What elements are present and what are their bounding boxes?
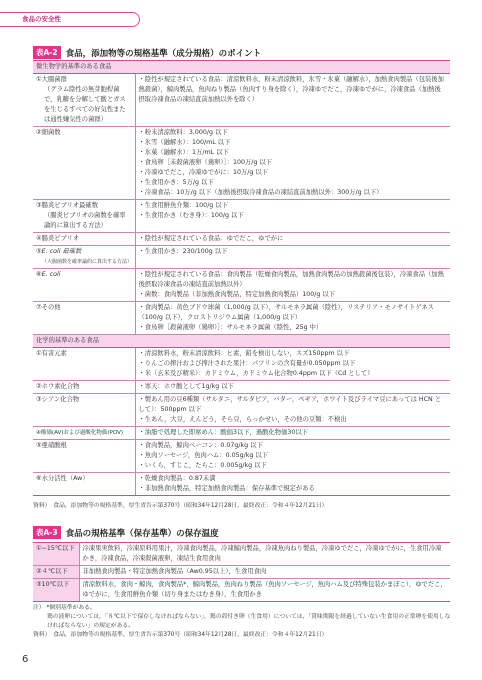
row-item: ・寒天：ホウ酸として1g/kg 以下 [135, 381, 450, 394]
row-item: ・清涼飲料水，粉末清涼飲料：ヒ素，鉛を検出しない，スズ150ppm 以下 [139, 349, 448, 359]
row-item: ・粉末清涼飲料：3,000/g 以下 [139, 128, 448, 138]
row-item: ・陰性が規定されている食品：食肉製品（乾燥食肉製品，加熱食肉製品の加熱殺菌後包装… [139, 270, 448, 290]
row-item: ・油脂で処理した即席めん：酸価3以下，過酸化物価30以下 [135, 427, 450, 440]
note-label: 注） [33, 605, 45, 611]
row-item: ・食肉製品：黄色ブドウ球菌（1,000/g 以下），サルモネラ属菌（陰性），リス… [139, 303, 448, 323]
table-row: ②細菌数 ・粉末清涼飲料：3,000/g 以下 ・氷雪（融解水）：100/mL … [33, 127, 450, 200]
table-row: ⑤亜硝酸根 ・食肉製品，鯨肉ベーコン：0.07g/kg 以下 ・魚肉ソーセージ，… [33, 440, 450, 473]
row-item: ・乾燥食肉製品：0.87未満 [139, 474, 448, 484]
row-item: ・生食用かき：5万/g 以下 [139, 178, 448, 188]
row-item: ・冷凍食品：10万/g 以下（加熱後摂取冷凍食品の凍結直前加熱以外：300万/g… [139, 188, 448, 198]
chapter-tab: 食品の安全性 [0, 12, 140, 27]
row-item: ・陰性が規定されている食品：清涼飲料水，粉末清涼飲料，氷雪・氷菓（融解水），加熱… [139, 76, 444, 103]
row-item: ・米（玄米及び精米）：カドミウム，カドミウム化合物0.4ppm 以下（Cd とし… [139, 369, 448, 379]
row-item: ・食鳥卵［殺菌液卵（鶏卵）］：サルモネラ属菌（陰性，25g 中） [139, 323, 448, 333]
row-sub: （大腸菌数を確率論的に算出する方法） [36, 257, 132, 267]
table-row: ④酸価(AV)および過酸化物価(POV) ・油脂で処理した即席めん：酸価3以下，… [33, 427, 450, 440]
row-item: ・陰性が規定されている食品：ゆでだこ，ゆでがに [135, 233, 450, 246]
row-item: ・冷凍ゆでだこ，冷凍ゆでがに：10万/g 以下 [139, 168, 448, 178]
row-item: ・生食用かき（むき身）：100/g 以下 [139, 211, 448, 221]
row-item: ・生食用かき：230/100g 以下 [135, 246, 450, 269]
table-a3-notes: 注） *個別基準がある。 鶏の液卵については，「８℃以下で保存しなければならない… [33, 604, 453, 640]
foods-cell: 清涼飲料水，食肉・鯨肉，食肉製品*，鯨肉製品，魚肉ねり製品（魚肉ソーセージ，魚肉… [79, 579, 450, 602]
row-item: ・生食用鮮魚介類：100/g 以下 [139, 201, 448, 211]
row-name: ⑦その他 [33, 302, 135, 335]
row-item: ・食鳥卵［未殺菌液卵（鶏卵）］：100万/g 以下 [139, 158, 448, 168]
table-row: ①大腸菌群（グラム陰性の無芽胞桿菌で，乳糖を分解して酸とガスを生じるすべての好気… [33, 74, 450, 127]
row-name: ②細菌数 [33, 127, 135, 200]
temp-cell: ①−15℃以下 [33, 543, 79, 566]
table-a3-badge: 表A-3 [33, 526, 61, 539]
table-a3: ①−15℃以下 冷凍果実飲料，冷凍原料用果汁，冷凍食肉製品，冷凍鯨肉製品，冷凍魚… [33, 542, 450, 602]
temp-cell: ②４℃以下 [33, 566, 79, 579]
page-number: 6 [22, 654, 28, 665]
table-a2-heading: 食品，添加物等の規格基準（成分規格）のポイント [66, 47, 262, 59]
row-item: ・食肉製品，鯨肉ベーコン：0.07g/kg 以下 [139, 441, 448, 451]
table-row: ④腸炎ビブリオ ・陰性が規定されている食品：ゆでだこ，ゆでがに [33, 233, 450, 246]
table-a2-source: 資料） 食品，添加物等の規格基準，厚生省告示第370号（昭和34年12月28日，… [33, 502, 453, 511]
table-a3-heading: 食品の規格基準（保存基準）の保存温度 [66, 527, 219, 539]
row-item: ・氷雪（融解水）：100/mL 以下 [139, 138, 448, 148]
section-microbial: 微生物学的基準のある食品 [33, 61, 450, 74]
row-name: ①大腸菌群 [36, 76, 67, 83]
table-a2-title: 表A-2 食品，添加物等の規格基準（成分規格）のポイント [33, 46, 261, 59]
row-sub: （腸炎ビブリオの菌数を確率論的に算出する方法） [36, 211, 132, 231]
note-1: *個別基準がある。 [46, 605, 95, 611]
table-row: ①有害元素 ・清涼飲料水，粉末清涼飲料：ヒ素，鉛を検出しない，スズ150ppm … [33, 348, 450, 381]
foods-cell: 冷凍果実飲料，冷凍原料用果汁，冷凍食肉製品，冷凍鯨肉製品，冷凍魚肉ねり製品，冷凍… [79, 543, 450, 566]
table-a2: 微生物学的基準のある食品 ①大腸菌群（グラム陰性の無芽胞桿菌で，乳糖を分解して酸… [33, 60, 450, 496]
row-name: ⑥水分活性（Aw） [33, 473, 135, 496]
table-row: ②４℃以下 非加熱食肉製品・特定加熱食肉製品（Aw0.95以上），生食用食肉 [33, 566, 450, 579]
table-a3-title: 表A-3 食品の規格基準（保存基準）の保存温度 [33, 526, 219, 539]
row-item: ・菌数：食肉製品（非加熱食肉製品，特定加熱食肉製品）100/g 以下 [139, 290, 448, 300]
row-item: ・製あん用の豆6種類（サルタニ，サルタピア，バター，ペギア，ホワイト及びライマ豆… [139, 395, 448, 415]
table-row: ⑥E. coli ・陰性が規定されている食品：食肉製品（乾燥食肉製品，加熱食肉製… [33, 269, 450, 302]
note-2: 鶏の液卵については，「８℃以下で保存しなければならない」，鶏の殻付き卵（生食用）… [33, 613, 453, 631]
row-name: ⑤亜硝酸根 [33, 440, 135, 473]
row-name: ④腸炎ビブリオ [33, 233, 135, 246]
table-row: ②ホウ素化合物 ・寒天：ホウ酸として1g/kg 以下 [33, 381, 450, 394]
temp-cell: ③10℃以下 [33, 579, 79, 602]
row-item: ・非加熱食肉製品，特定加熱食肉製品：保存基準で規定がある [139, 484, 448, 494]
row-item: ・魚肉ソーセージ，魚肉ハム：0.05g/kg 以下 [139, 451, 448, 461]
row-item: ・氷菓（融解水）：1万/mL 以下 [139, 148, 448, 158]
row-item: ・いくら，すじこ，たらこ：0.005g/kg 以下 [139, 461, 448, 471]
table-row: ⑦その他 ・食肉製品：黄色ブドウ球菌（1,000/g 以下），サルモネラ属菌（陰… [33, 302, 450, 335]
row-item: ・生あん，大豆，えんどう，そら豆，らっかせい，その他の豆類：不検出 [139, 415, 448, 425]
table-row: ⑤E. coli 最確数（大腸菌数を確率論的に算出する方法） ・生食用かき：23… [33, 246, 450, 269]
table-row: ⑥水分活性（Aw） ・乾燥食肉製品：0.87未満 ・非加熱食肉製品，特定加熱食肉… [33, 473, 450, 496]
row-name: ⑤E. coli 最確数 [36, 248, 81, 255]
row-name: ②ホウ素化合物 [33, 381, 135, 394]
row-item: ・りんごの搾汁および搾汁された果汁：パツリンの含有量が0.050ppm 以下 [139, 359, 448, 369]
foods-cell: 非加熱食肉製品・特定加熱食肉製品（Aw0.95以上），生食用食肉 [79, 566, 450, 579]
table-row: ③10℃以下 清涼飲料水，食肉・鯨肉，食肉製品*，鯨肉製品，魚肉ねり製品（魚肉ソ… [33, 579, 450, 602]
row-name: ④酸価(AV)および過酸化物価(POV) [33, 427, 135, 440]
table-a3-source: 資料） 食品，添加物等の規格基準，厚生省告示第370号（昭和34年12月28日，… [33, 631, 453, 640]
table-row: ③シアン化合物 ・製あん用の豆6種類（サルタニ，サルタピア，バター，ペギア，ホワ… [33, 394, 450, 427]
table-row: ③腸炎ビブリオ最確数（腸炎ビブリオの菌数を確率論的に算出する方法） ・生食用鮮魚… [33, 200, 450, 233]
section-chemical: 化学的基準のある食品 [33, 335, 450, 348]
table-a2-badge: 表A-2 [33, 46, 61, 59]
row-name: ①有害元素 [33, 348, 135, 381]
row-name: ⑥E. coli [33, 269, 135, 302]
row-name: ③シアン化合物 [33, 394, 135, 427]
row-name: ③腸炎ビブリオ最確数 [36, 202, 98, 209]
table-row: ①−15℃以下 冷凍果実飲料，冷凍原料用果汁，冷凍食肉製品，冷凍鯨肉製品，冷凍魚… [33, 543, 450, 566]
row-sub: （グラム陰性の無芽胞桿菌で，乳糖を分解して酸とガスを生じるすべての好気性または通… [36, 85, 132, 125]
